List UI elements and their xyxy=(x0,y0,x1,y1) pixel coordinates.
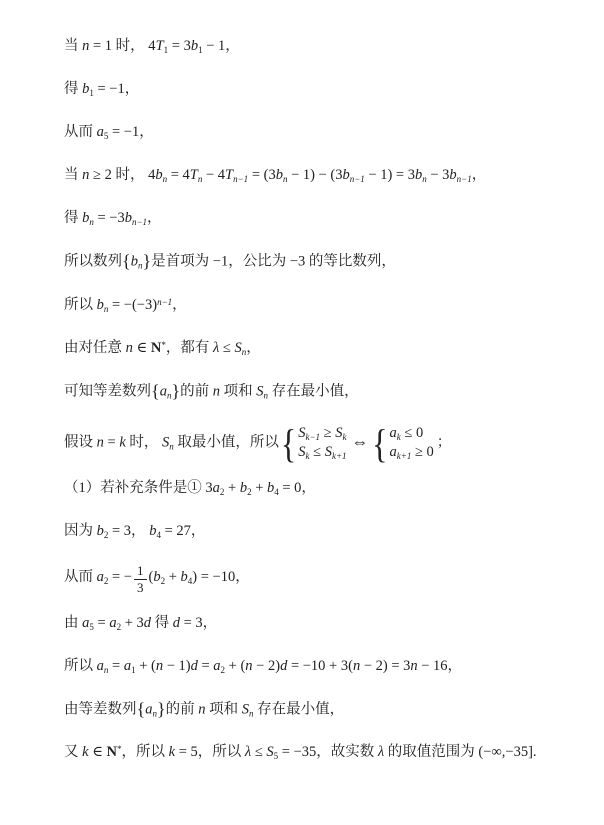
cases-row: Sk−1 ≥ Sk xyxy=(298,424,346,443)
set-brace: { xyxy=(151,381,160,401)
text-run: 的前 xyxy=(166,701,199,717)
subscript: k+1 xyxy=(332,451,347,461)
subscript: n−1 xyxy=(457,174,472,184)
text-run: ≥ 0 xyxy=(411,444,433,460)
set-brace: } xyxy=(142,251,151,271)
cases-system: {ak ≤ 0ak+1 ≥ 0 xyxy=(372,424,434,462)
math-variable: S xyxy=(325,444,332,460)
subscript: k−1 xyxy=(305,432,320,442)
math-variable: a xyxy=(390,425,397,441)
text-run: 当 xyxy=(64,167,82,183)
math-set-symbol: N xyxy=(151,340,161,356)
text-run: = −1， xyxy=(94,81,139,97)
math-variable: n xyxy=(97,434,104,450)
text-run: ≤ 0 xyxy=(401,425,423,441)
math-line-6: 所以数列{bn}是首项为 −1，公比为 −3 的等比数列， xyxy=(64,251,576,272)
text-run: ，都有 xyxy=(166,340,213,356)
text-run: + 3 xyxy=(121,615,144,631)
text-run: （1）若补充条件是① 3 xyxy=(64,480,213,496)
text-run: = −(−3) xyxy=(108,297,157,313)
math-variable: b xyxy=(155,167,162,183)
math-variable: S xyxy=(242,701,249,717)
text-run: 当 xyxy=(64,38,82,54)
text-run: − 1) − (3 xyxy=(287,167,342,183)
text-run: = 0， xyxy=(279,480,316,496)
text-run: = xyxy=(108,658,123,674)
math-line-5: 得 bn = −3bn−1， xyxy=(64,208,576,228)
text-run: = −35，故实数 xyxy=(278,744,378,760)
math-variable: a xyxy=(97,569,104,585)
text-run: − 2) xyxy=(253,658,281,674)
left-brace-icon: { xyxy=(372,423,387,463)
math-line-9: 可知等差数列{an}的前 n 项和 Sn 存在最小值， xyxy=(64,381,576,402)
set-brace: { xyxy=(122,251,131,271)
math-variable: a xyxy=(213,480,220,496)
text-run: ≥ xyxy=(320,425,335,441)
fraction: 13 xyxy=(134,564,147,594)
text-run: 所以数列 xyxy=(64,254,122,270)
text-run: = 4 xyxy=(167,167,190,183)
math-line-11: （1）若补充条件是① 3a2 + b2 + b4 = 0， xyxy=(64,478,576,498)
text-run: 由 xyxy=(64,615,82,631)
math-line-14: 由 a5 = a2 + 3d 得 d = 3， xyxy=(64,613,576,633)
math-variable: S xyxy=(234,340,241,356)
math-variable: a xyxy=(109,615,116,631)
math-variable: a xyxy=(213,658,220,674)
set-brace: } xyxy=(157,699,166,719)
text-run: = xyxy=(104,434,119,450)
text-run: 可知等差数列 xyxy=(64,383,151,399)
math-variable: b xyxy=(181,569,188,585)
text-run: ≥ 2 时， 4 xyxy=(89,167,155,183)
text-run: − 2) = 3 xyxy=(360,658,410,674)
text-run: ) = −10， xyxy=(192,569,249,585)
text-run: = xyxy=(94,615,109,631)
math-variable: n xyxy=(126,340,133,356)
document-lines: 当 n = 1 时， 4T1 = 3b1 − 1，得 b1 = −1，从而 a5… xyxy=(64,36,576,762)
text-run: 由对任意 xyxy=(64,340,126,356)
math-variable: b xyxy=(449,167,456,183)
text-run: ； xyxy=(437,434,452,450)
text-run: ≤ xyxy=(251,744,266,760)
text-run: 得 xyxy=(64,210,82,226)
math-variable: b xyxy=(153,569,160,585)
text-run: 由等差数列 xyxy=(64,701,137,717)
text-run: = − xyxy=(108,569,132,585)
math-variable: n xyxy=(410,658,417,674)
math-line-10: 假设 n = k 时， Sn 取最小值，所以{Sk−1 ≥ SkSk ≤ Sk+… xyxy=(64,424,576,462)
set-brace: } xyxy=(171,381,180,401)
math-variable: n xyxy=(198,701,205,717)
superscript: n−1 xyxy=(157,297,172,307)
math-variable: d xyxy=(191,658,198,674)
math-variable: T xyxy=(225,167,233,183)
text-run: ， xyxy=(147,210,162,226)
math-variable: S xyxy=(335,425,342,441)
math-line-12: 因为 b2 = 3， b4 = 27， xyxy=(64,521,576,541)
math-set-symbol: N xyxy=(107,744,117,760)
math-variable: b xyxy=(276,167,283,183)
text-run: ， xyxy=(246,340,261,356)
text-run: = 3， xyxy=(180,615,217,631)
text-run: 的前 xyxy=(180,383,213,399)
text-run: 的取值范围为 (−∞,−35]. xyxy=(384,744,536,760)
text-run: 时， xyxy=(126,434,162,450)
text-run: = 27， xyxy=(161,523,205,539)
math-line-2: 得 b1 = −1， xyxy=(64,79,576,99)
text-run: ∈ xyxy=(133,340,151,356)
subscript: n−1 xyxy=(350,174,365,184)
math-variable: b xyxy=(125,210,132,226)
text-run: ∈ xyxy=(89,744,107,760)
cases-rows: Sk−1 ≥ SkSk ≤ Sk+1 xyxy=(298,424,346,462)
math-line-15: 所以 an = a1 + (n − 1)d = a2 + (n − 2)d = … xyxy=(64,656,576,676)
text-run: 取最小值，所以 xyxy=(174,434,279,450)
text-run: − 4 xyxy=(202,167,225,183)
text-run: = −3 xyxy=(94,210,125,226)
math-variable: a xyxy=(124,658,131,674)
text-run: = (3 xyxy=(248,167,276,183)
fraction-numerator: 1 xyxy=(134,564,147,580)
math-variable: b xyxy=(342,167,349,183)
fraction-denominator: 3 xyxy=(134,580,147,595)
text-run: − 3 xyxy=(427,167,450,183)
text-run: 得 xyxy=(151,615,173,631)
math-line-3: 从而 a5 = −1， xyxy=(64,122,576,142)
text-run: = xyxy=(198,658,213,674)
math-variable: a xyxy=(160,383,167,399)
text-run: 假设 xyxy=(64,434,97,450)
cases-system: {Sk−1 ≥ SkSk ≤ Sk+1 xyxy=(281,424,347,462)
text-run: = −1， xyxy=(108,124,153,140)
math-line-17: 又 k ∈ N*，所以 k = 5，所以 λ ≤ S5 = −35，故实数 λ … xyxy=(64,742,576,762)
text-run: ≤ xyxy=(309,444,324,460)
text-run: + ( xyxy=(136,658,156,674)
text-run: 是首项为 −1，公比为 −3 的等比数列， xyxy=(151,254,396,270)
subscript: n−1 xyxy=(233,174,248,184)
text-run: + xyxy=(165,569,180,585)
subscript: k xyxy=(343,432,347,442)
text-run: 存在最小值， xyxy=(268,383,359,399)
text-run: = 1 时， 4 xyxy=(89,38,155,54)
cases-row: Sk ≤ Sk+1 xyxy=(298,443,346,462)
text-run: ≤ xyxy=(219,340,234,356)
math-variable: S xyxy=(256,383,263,399)
math-variable: T xyxy=(156,38,164,54)
math-line-7: 所以 bn = −(−3)n−1， xyxy=(64,295,576,315)
text-run: 又 xyxy=(64,744,82,760)
subscript: k+1 xyxy=(397,451,412,461)
text-run: − 1) = 3 xyxy=(365,167,415,183)
text-run: = 3， xyxy=(108,523,149,539)
cases-row: ak+1 ≥ 0 xyxy=(390,443,434,462)
text-run: 存在最小值， xyxy=(254,701,345,717)
math-line-13: 从而 a2 = −13(b2 + b4) = −10， xyxy=(64,564,576,594)
text-run: ， xyxy=(172,297,187,313)
cases-row: ak ≤ 0 xyxy=(390,424,434,443)
cases-rows: ak ≤ 0ak+1 ≥ 0 xyxy=(390,424,434,462)
math-variable: T xyxy=(190,167,198,183)
text-run: 所以 xyxy=(64,658,97,674)
math-variable: b xyxy=(97,297,104,313)
text-run: 项和 xyxy=(206,701,242,717)
math-line-4: 当 n ≥ 2 时， 4bn = 4Tn − 4Tn−1 = (3bn − 1)… xyxy=(64,165,576,185)
text-run: ， xyxy=(472,167,487,183)
text-run: 因为 xyxy=(64,523,97,539)
math-variable: b xyxy=(97,523,104,539)
text-run: 所以 xyxy=(64,297,97,313)
text-run: = −10 + 3( xyxy=(287,658,353,674)
text-run: + xyxy=(252,480,267,496)
text-run: − 1， xyxy=(203,38,240,54)
math-line-16: 由等差数列{an}的前 n 项和 Sn 存在最小值， xyxy=(64,699,576,720)
text-run: + xyxy=(224,480,239,496)
subscript: n−1 xyxy=(132,217,147,227)
text-run: 项和 xyxy=(220,383,256,399)
text-run: 从而 xyxy=(64,124,97,140)
math-variable: d xyxy=(144,615,151,631)
text-run: 从而 xyxy=(64,569,97,585)
text-run: = 5，所以 xyxy=(175,744,245,760)
text-run: = 3 xyxy=(168,38,191,54)
math-variable: a xyxy=(390,444,397,460)
math-variable: n xyxy=(213,383,220,399)
math-line-8: 由对任意 n ∈ N*，都有 λ ≤ Sn， xyxy=(64,338,576,358)
math-variable: b xyxy=(240,480,247,496)
text-run: − 16， xyxy=(418,658,462,674)
math-variable: n xyxy=(156,658,163,674)
math-line-1: 当 n = 1 时， 4T1 = 3b1 − 1， xyxy=(64,36,576,56)
math-variable: b xyxy=(191,38,198,54)
set-brace: { xyxy=(137,699,146,719)
text-run: ，所以 xyxy=(122,744,169,760)
math-variable: n xyxy=(245,658,252,674)
math-variable: a xyxy=(97,124,104,140)
math-variable: d xyxy=(173,615,180,631)
left-brace-icon: { xyxy=(281,423,296,463)
iff-arrow-icon: ⇔ xyxy=(350,432,371,451)
math-variable: b xyxy=(131,254,138,270)
math-variable: a xyxy=(97,658,104,674)
document-page: 当 n = 1 时， 4T1 = 3b1 − 1，得 b1 = −1，从而 a5… xyxy=(0,0,604,825)
math-variable: S xyxy=(266,744,273,760)
text-run: + ( xyxy=(225,658,245,674)
text-run: 得 xyxy=(64,81,82,97)
text-run: − 1) xyxy=(163,658,191,674)
